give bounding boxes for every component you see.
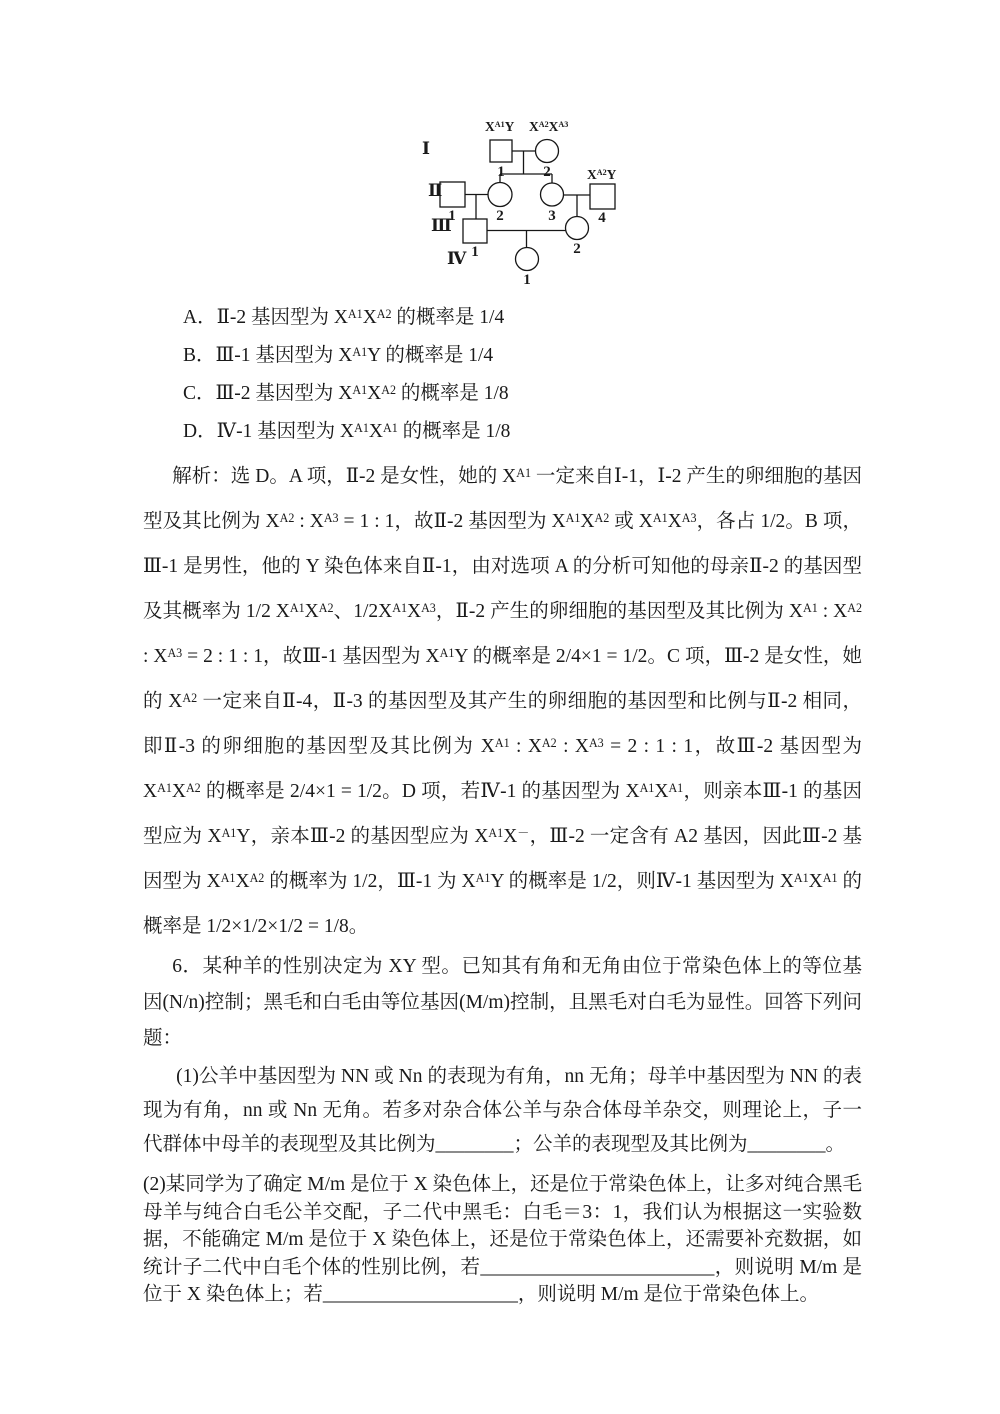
ii2-female-circle (488, 183, 512, 207)
genotype-label-i1: XA1Y (485, 120, 514, 134)
option-a: A．Ⅱ-2 基因型为 XA1XA2 的概率是 1/4 (183, 299, 862, 337)
member-number-ii2: 2 (496, 209, 504, 224)
member-number-i2: 2 (543, 165, 551, 180)
ii4-male-square (590, 184, 615, 209)
member-number-iii2: 2 (573, 242, 581, 257)
member-number-iv1: 1 (523, 273, 531, 288)
ii1-male-square (440, 182, 465, 207)
genotype-label-i2: XA2XA3 (529, 120, 568, 134)
option-b: B．Ⅲ-1 基因型为 XA1Y 的概率是 1/4 (183, 337, 862, 375)
question-6-part-1: (1)公羊中基因型为 NN 或 Nn 的表现为有角，nn 无角；母羊中基因型为 … (143, 1060, 862, 1162)
worksheet-page: Ⅰ Ⅱ Ⅲ Ⅳ XA1Y XA2XA3 XA2Y 1 2 1 2 3 4 1 2… (0, 0, 1000, 1414)
genotype-label-ii4: XA2Y (587, 168, 616, 182)
pedigree-chart (410, 110, 660, 300)
generation-label-2: Ⅱ (428, 182, 442, 199)
i2-female-circle (536, 140, 559, 163)
member-number-ii3: 3 (548, 209, 556, 224)
member-number-ii4: 4 (598, 211, 606, 226)
generation-label-4: Ⅳ (447, 250, 466, 267)
pedigree-diagram: Ⅰ Ⅱ Ⅲ Ⅳ XA1Y XA2XA3 XA2Y 1 2 1 2 3 4 1 2… (410, 110, 660, 300)
option-c: C．Ⅲ-2 基因型为 XA1XA2 的概率是 1/8 (183, 375, 862, 413)
question-6-intro: 6．某种羊的性别决定为 XY 型。已知其有角和无角由位于常染色体上的等位基因(N… (143, 949, 862, 1057)
answer-options: A．Ⅱ-2 基因型为 XA1XA2 的概率是 1/4 B．Ⅲ-1 基因型为 XA… (183, 299, 862, 451)
generation-label-1: Ⅰ (422, 140, 430, 157)
member-number-ii1: 1 (448, 209, 456, 224)
option-d: D．Ⅳ-1 基因型为 XA1XA1 的概率是 1/8 (183, 413, 862, 451)
ii3-female-circle (541, 183, 564, 206)
member-number-i1: 1 (497, 165, 505, 180)
iii2-female-circle (566, 217, 589, 240)
question-6-part-2: (2)某同学为了确定 M/m 是位于 X 染色体上，还是位于常染色体上，让多对纯… (143, 1171, 862, 1309)
iv1-female-circle (516, 248, 539, 271)
analysis-paragraph: 解析：选 D。A 项，Ⅱ-2 是女性，她的 XA1 一定来自Ⅰ-1，Ⅰ-2 产生… (143, 454, 862, 949)
member-number-iii1: 1 (471, 245, 479, 260)
i1-male-square (490, 140, 512, 162)
iii1-male-square (463, 219, 487, 243)
